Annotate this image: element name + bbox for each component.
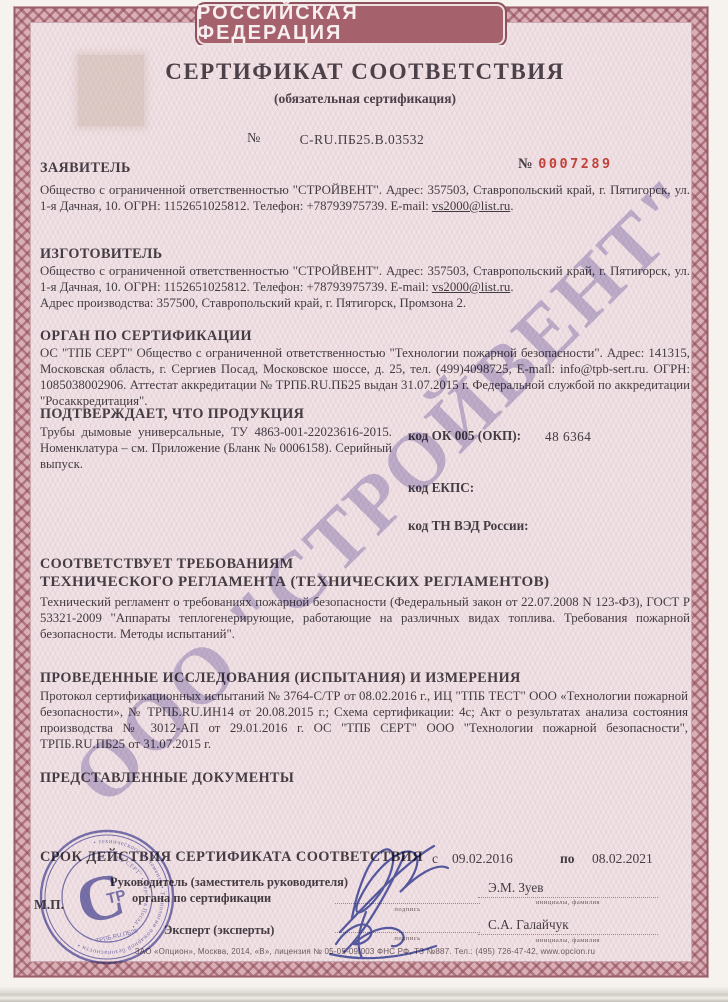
validity-from-date: 09.02.2016: [452, 851, 513, 867]
head-name-caption: инициалы, фамилия: [478, 899, 658, 906]
expert-name-caption: инициалы, фамилия: [478, 937, 658, 944]
certificate-content: СЕРТИФИКАТ СООТВЕТСТВИЯ (обязательная се…: [40, 0, 690, 1002]
product-heading: ПОДТВЕРЖДАЕТ, ЧТО ПРОДУКЦИЯ: [40, 406, 304, 423]
applicant-text-tail: .: [510, 199, 513, 213]
stamp-place-label: М.П.: [34, 897, 64, 913]
applicant-text-main: Общество с ограниченной ответственностью…: [40, 183, 690, 213]
head-signature-caption: подпись: [335, 906, 480, 913]
expert-name-line: [478, 934, 658, 935]
code-ok005-value: 48 6364: [545, 429, 591, 445]
applicant-heading: ЗАЯВИТЕЛЬ: [40, 160, 131, 177]
validity-to-label: по: [560, 851, 575, 867]
expert-name: С.А. Галайчук: [488, 917, 569, 933]
certificate-number-label: №: [247, 131, 260, 147]
code-ok005-label: код ОК 005 (ОКП):: [408, 428, 521, 444]
blank-number: № 0007289: [518, 156, 613, 173]
code-tnved-label: код ТН ВЭД России:: [408, 518, 529, 534]
requirements-heading-line2: ТЕХНИЧЕСКОГО РЕГЛАМЕНТА (ТЕХНИЧЕСКИХ РЕГ…: [40, 574, 549, 591]
head-role-line1: Руководитель (заместитель руководителя): [110, 875, 348, 890]
manufacturer-production-address: Адрес производства: 357500, Ставропольск…: [40, 295, 690, 311]
validity-to-date: 08.02.2021: [592, 851, 653, 867]
applicant-email: vs2000@list.ru: [432, 199, 510, 213]
manufacturer-text: Общество с ограниченной ответственностью…: [40, 263, 690, 311]
research-text: Протокол сертификационных испытаний № 37…: [40, 688, 688, 752]
head-signature-line: [335, 903, 480, 904]
documents-heading: ПРЕДСТАВЛЕННЫЕ ДОКУМЕНТЫ: [40, 770, 294, 787]
country-banner: РОССИЙСКАЯ ФЕДЕРАЦИЯ: [197, 4, 505, 45]
manufacturer-text-tail: .: [510, 280, 513, 294]
applicant-text: Общество с ограниченной ответственностью…: [40, 182, 690, 214]
manufacturer-heading: ИЗГОТОВИТЕЛЬ: [40, 246, 163, 263]
scanned-certificate-page: РОССИЙСКАЯ ФЕДЕРАЦИЯ СЕРТИФИКАТ СООТВЕТС…: [0, 0, 728, 1002]
code-ekps-label: код ЕКПС:: [408, 480, 474, 496]
country-banner-text: РОССИЙСКАЯ ФЕДЕРАЦИЯ: [197, 3, 505, 47]
validity-from-label: с: [432, 851, 438, 867]
head-name: Э.М. Зуев: [488, 880, 543, 896]
blank-number-value: 0007289: [538, 156, 612, 172]
expert-role: Эксперт (эксперты): [164, 923, 274, 938]
requirements-heading-line1: СООТВЕТСТВУЕТ ТРЕБОВАНИЯМ: [40, 556, 294, 573]
requirements-text: Технический регламент о требованиях пожа…: [40, 594, 690, 642]
manufacturer-text-main: Общество с ограниченной ответственностью…: [40, 264, 690, 294]
head-role-line2: органа по сертификации: [132, 891, 271, 906]
expert-signature-line: [335, 932, 480, 933]
certificate-number: C-RU.ПБ25.В.03532: [272, 132, 452, 148]
blank-number-label: №: [518, 156, 538, 172]
certification-body-heading: ОРГАН ПО СЕРТИФИКАЦИИ: [40, 328, 252, 345]
head-name-line: [478, 897, 658, 898]
certificate-title: СЕРТИФИКАТ СООТВЕТСТВИЯ: [40, 59, 690, 85]
research-heading: ПРОВЕДЕННЫЕ ИССЛЕДОВАНИЯ (ИСПЫТАНИЯ) И И…: [40, 670, 521, 687]
manufacturer-email: vs2000@list.ru: [432, 280, 510, 294]
validity-heading: СРОК ДЕЙСТВИЯ СЕРТИФИКАТА СООТВЕТСТВИЯ: [40, 849, 423, 866]
certificate-subtitle: (обязательная сертификация): [40, 91, 690, 107]
printer-footer: ЗАО «Опцион», Москва, 2014, «В», лицензи…: [40, 947, 690, 956]
product-text: Трубы дымовые универсальные, ТУ 4863-001…: [40, 424, 392, 472]
expert-signature-caption: подпись: [335, 935, 480, 942]
certification-body-text: ОС "ТПБ СЕРТ" Общество с ограниченной от…: [40, 345, 690, 409]
